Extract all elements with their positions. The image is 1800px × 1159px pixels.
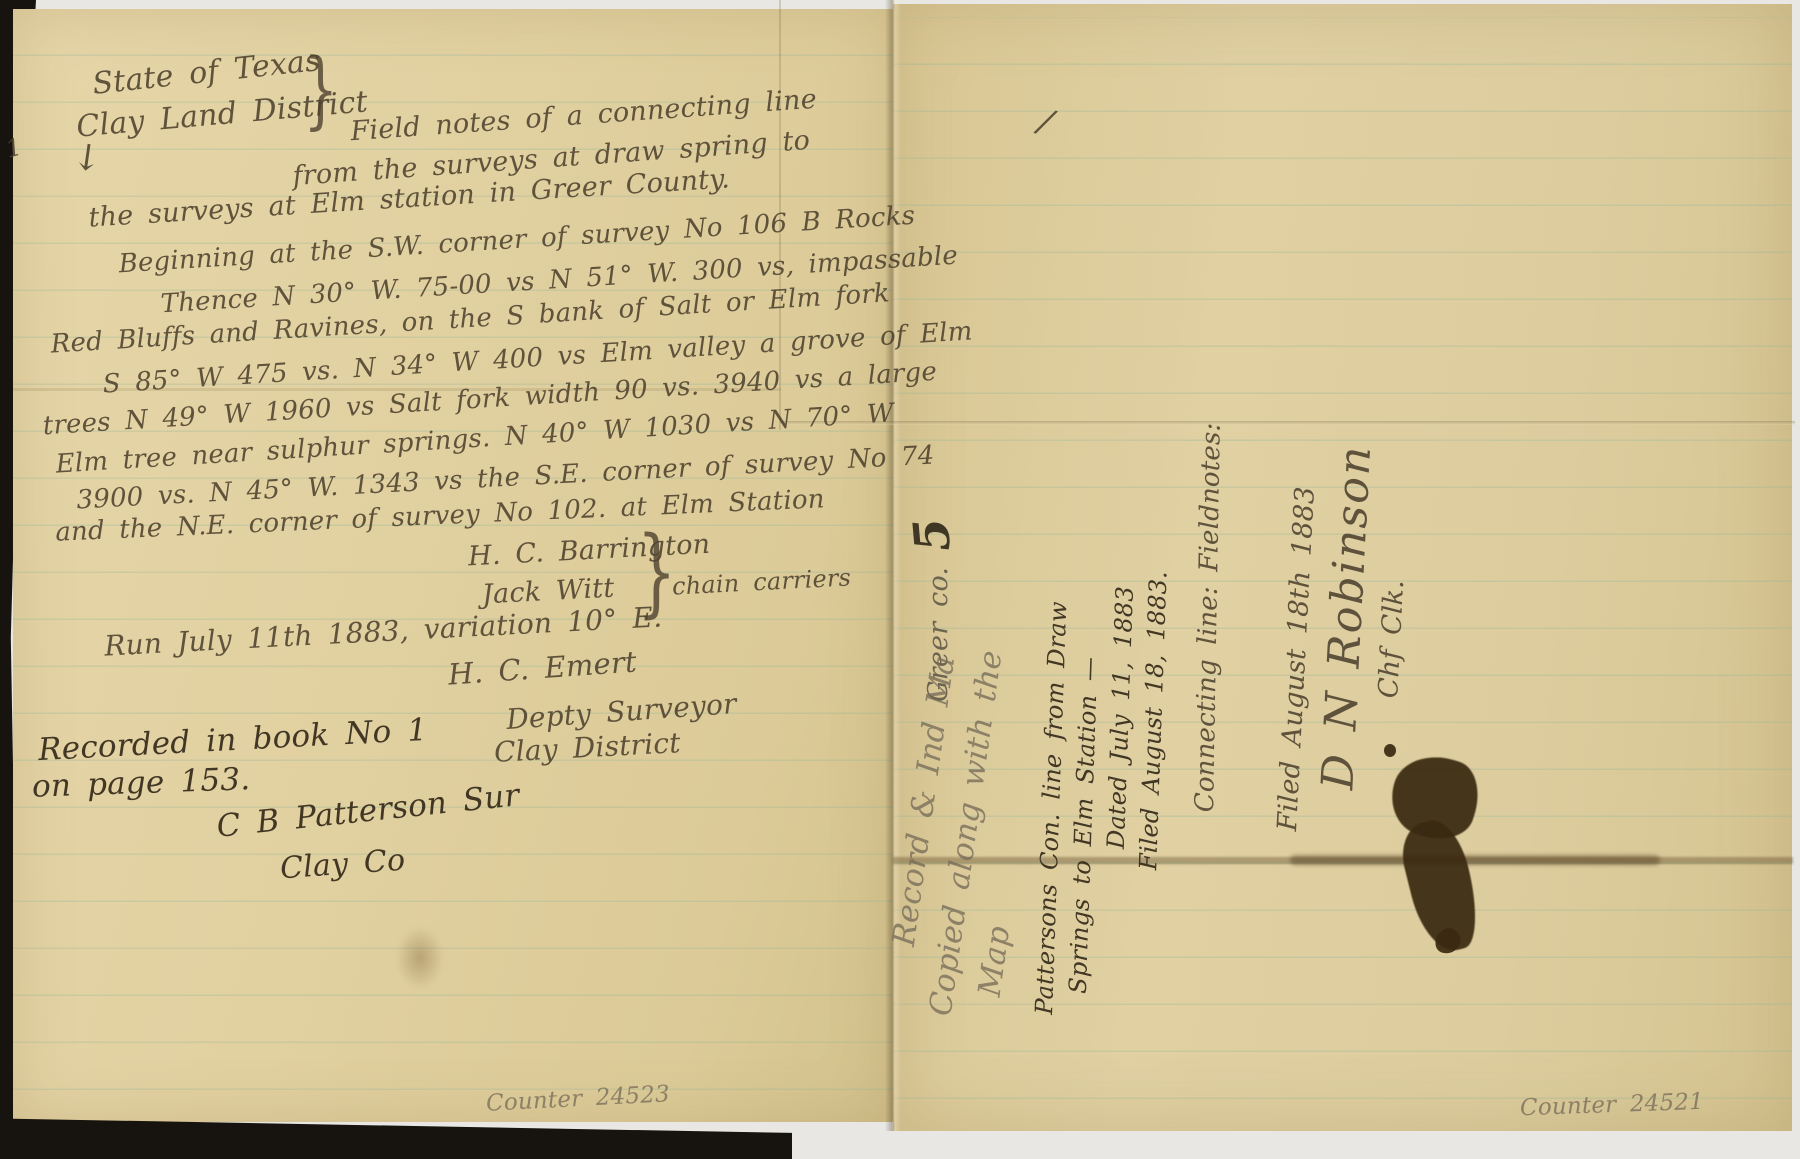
margin-arrow-mark: ↓ (69, 136, 105, 181)
horizontal-crease-top (780, 421, 1795, 425)
docket-number: 5 (903, 516, 962, 554)
ink-blot-speck (1384, 744, 1396, 757)
ink-blot-stain (1388, 746, 1508, 956)
docket-title-block: Pattersons Con. line from Draw Springs t… (1028, 567, 1176, 1019)
paper-smudge (396, 926, 444, 990)
recorded-line-2: on page 153. (31, 761, 250, 805)
